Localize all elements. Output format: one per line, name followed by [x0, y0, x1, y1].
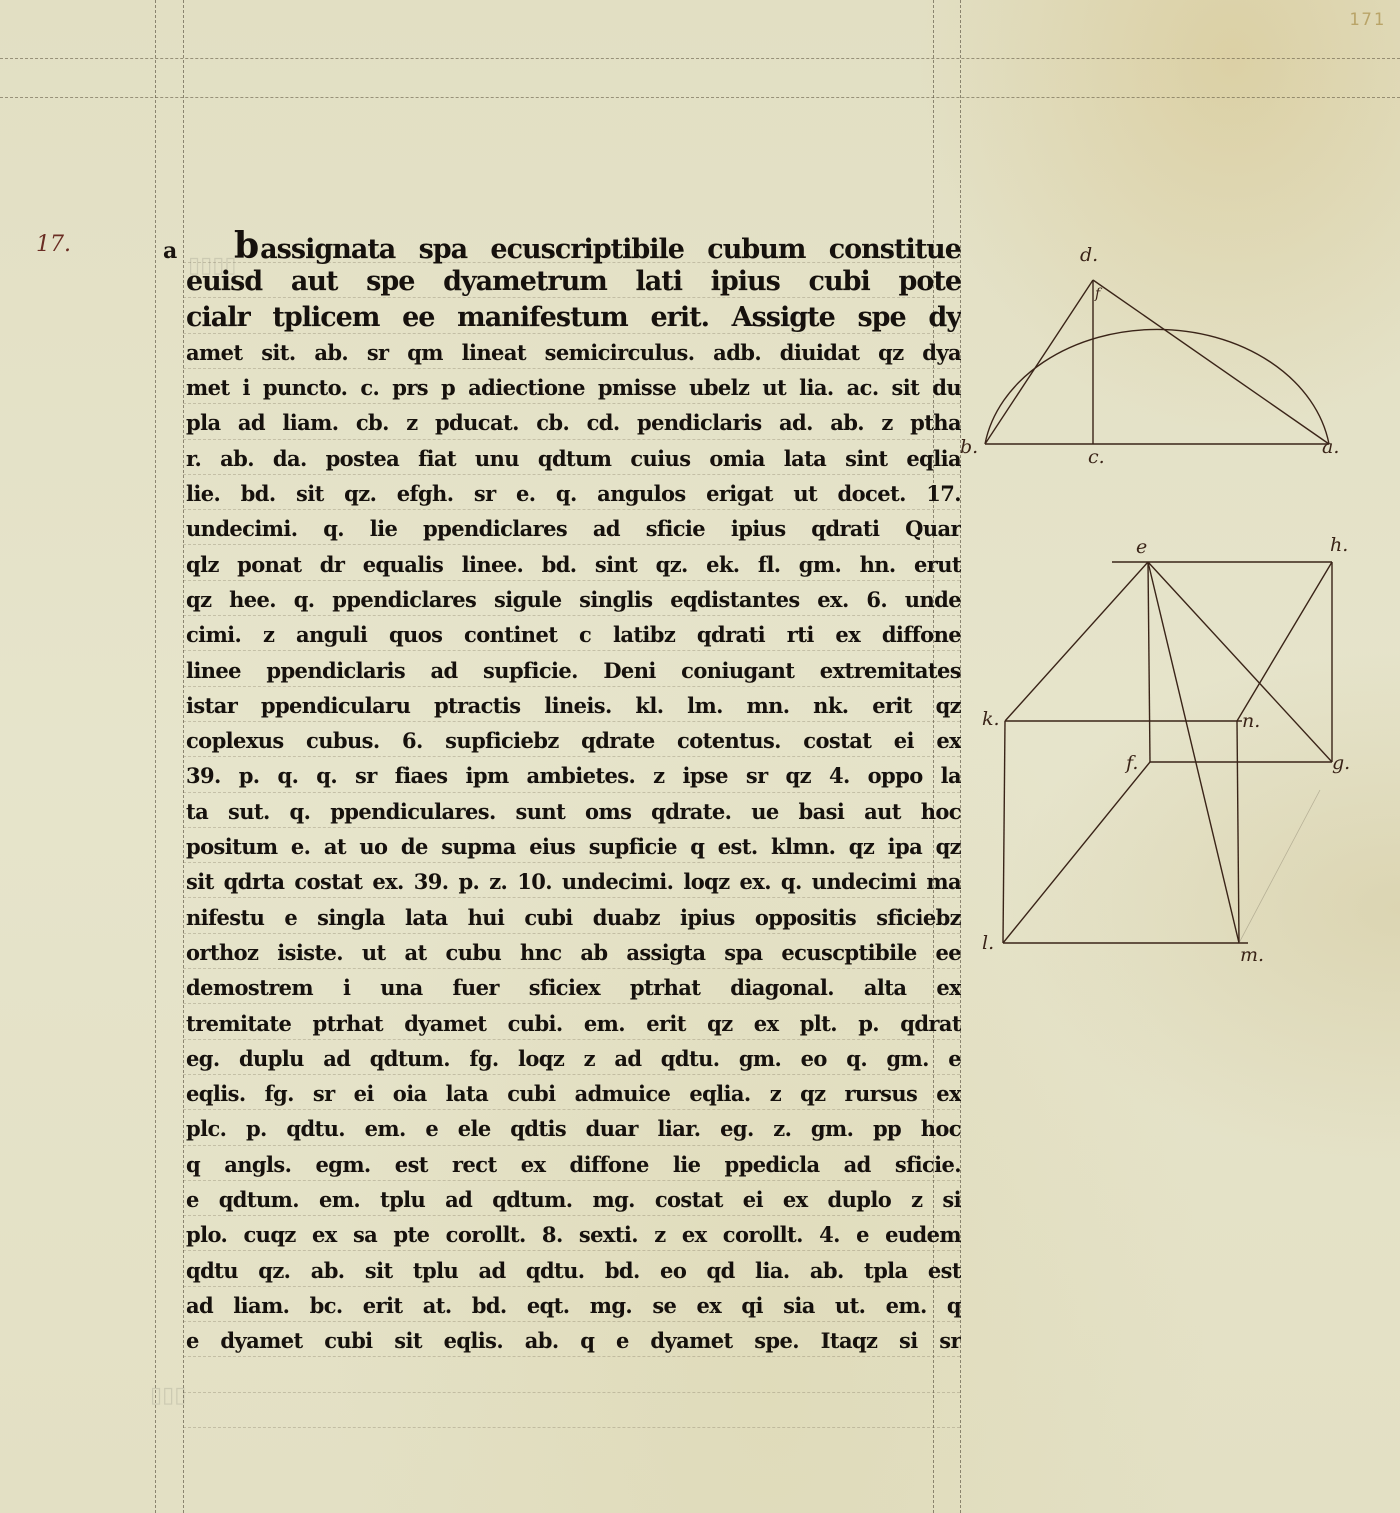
text-line: istar ppendicularu ptractis lineis. kl. …: [186, 688, 961, 723]
text-line: cimi. z anguli quos continet c latibz qd…: [186, 617, 961, 652]
label-f: f: [1095, 286, 1100, 302]
text-line: bassignata spa ecuscriptibile cubum cons…: [186, 229, 961, 264]
label-c: c.: [1088, 446, 1105, 468]
label-m: m.: [1240, 944, 1264, 966]
text-line: euisd aut spe dyametrum lati ipius cubi …: [186, 264, 961, 299]
text-line: tremitate ptrhat dyamet cubi. em. erit q…: [186, 1006, 961, 1041]
label-k: k.: [982, 708, 1000, 730]
proposition-number: 17.: [36, 232, 71, 257]
show-through-text: ▯▯▯: [150, 1382, 186, 1408]
text-line: ta sut. q. ppendiculares. sunt oms qdrat…: [186, 794, 961, 829]
text-line: 39. p. q. q. sr fiaes ipm ambietes. z ip…: [186, 758, 961, 793]
text-line: coplexus cubus. 6. supficiebz qdrate cot…: [186, 723, 961, 758]
text-line: eg. duplu ad qdtum. fg. loqz z ad qdtu. …: [186, 1041, 961, 1076]
label-a: a.: [1322, 436, 1339, 458]
text-line: sit qdrta costat ex. 39. p. z. 10. undec…: [186, 864, 961, 899]
text-line: qlz ponat dr equalis linee. bd. sint qz.…: [186, 547, 961, 582]
text-line: e dyamet cubi sit eqlis. ab. q e dyamet …: [186, 1323, 961, 1358]
label-d: d.: [1080, 244, 1098, 266]
text-line: linee ppendiclaris ad supficie. Deni con…: [186, 653, 961, 688]
main-text-column: bassignata spa ecuscriptibile cubum cons…: [186, 229, 961, 1359]
text-line: demostrem i una fuer sficiex ptrhat diag…: [186, 970, 961, 1005]
cube-drawing: [980, 530, 1380, 980]
text-line: eqlis. fg. sr ei oia lata cubi admuice e…: [186, 1076, 961, 1111]
text-line: q angls. egm. est rect ex diffone lie pp…: [186, 1147, 961, 1182]
paragraph-mark: a: [163, 238, 177, 264]
label-h: h.: [1330, 534, 1348, 556]
initial-letter: b: [234, 229, 258, 264]
semicircle-diagram: d. f b. c. a.: [960, 240, 1360, 480]
text-ruling-line: [183, 1427, 960, 1428]
text-line: positum e. at uo de supma eius supficie …: [186, 829, 961, 864]
text-line: undecimi. q. lie ppendiclares ad sficie …: [186, 511, 961, 546]
cube-diagram: e h. k. n. f. g. l. m.: [980, 530, 1380, 980]
label-b: b.: [960, 436, 978, 458]
label-l: l.: [982, 932, 994, 954]
folio-number: 171: [1349, 10, 1386, 30]
text-line: qz hee. q. ppendiclares sigule singlis e…: [186, 582, 961, 617]
ruling-line-top-2: [0, 97, 1400, 98]
label-g: g.: [1332, 752, 1350, 774]
label-e: e: [1136, 536, 1147, 558]
text-line: e qdtum. em. tplu ad qdtum. mg. costat e…: [186, 1182, 961, 1217]
semicircle-drawing: [960, 240, 1360, 480]
label-f: f.: [1126, 752, 1138, 774]
text-line: ad liam. bc. erit at. bd. eqt. mg. se ex…: [186, 1288, 961, 1323]
ruling-line-left-outer: [155, 0, 156, 1513]
label-n: n.: [1242, 710, 1260, 732]
ruling-line-top-1: [0, 58, 1400, 59]
text-line: qdtu qz. ab. sit tplu ad qdtu. bd. eo qd…: [186, 1253, 961, 1288]
text-line: plc. p. qdtu. em. e ele qdtis duar liar.…: [186, 1111, 961, 1146]
text-line: pla ad liam. cb. z pducat. cb. cd. pendi…: [186, 405, 961, 440]
text-line: nifestu e singla lata hui cubi duabz ipi…: [186, 900, 961, 935]
text-line: lie. bd. sit qz. efgh. sr e. q. angulos …: [186, 476, 961, 511]
text-line: plo. cuqz ex sa pte corollt. 8. sexti. z…: [186, 1217, 961, 1252]
text-line: cialr tplicem ee manifestum erit. Assigt…: [186, 300, 961, 335]
text-ruling-line: [183, 1392, 960, 1393]
text-line: amet sit. ab. sr qm lineat semicirculus.…: [186, 335, 961, 370]
text-line: orthoz isiste. ut at cubu hnc ab assigta…: [186, 935, 961, 970]
text-line: met i puncto. c. prs p adiectione pmisse…: [186, 370, 961, 405]
text-line: r. ab. da. postea fiat unu qdtum cuius o…: [186, 441, 961, 476]
